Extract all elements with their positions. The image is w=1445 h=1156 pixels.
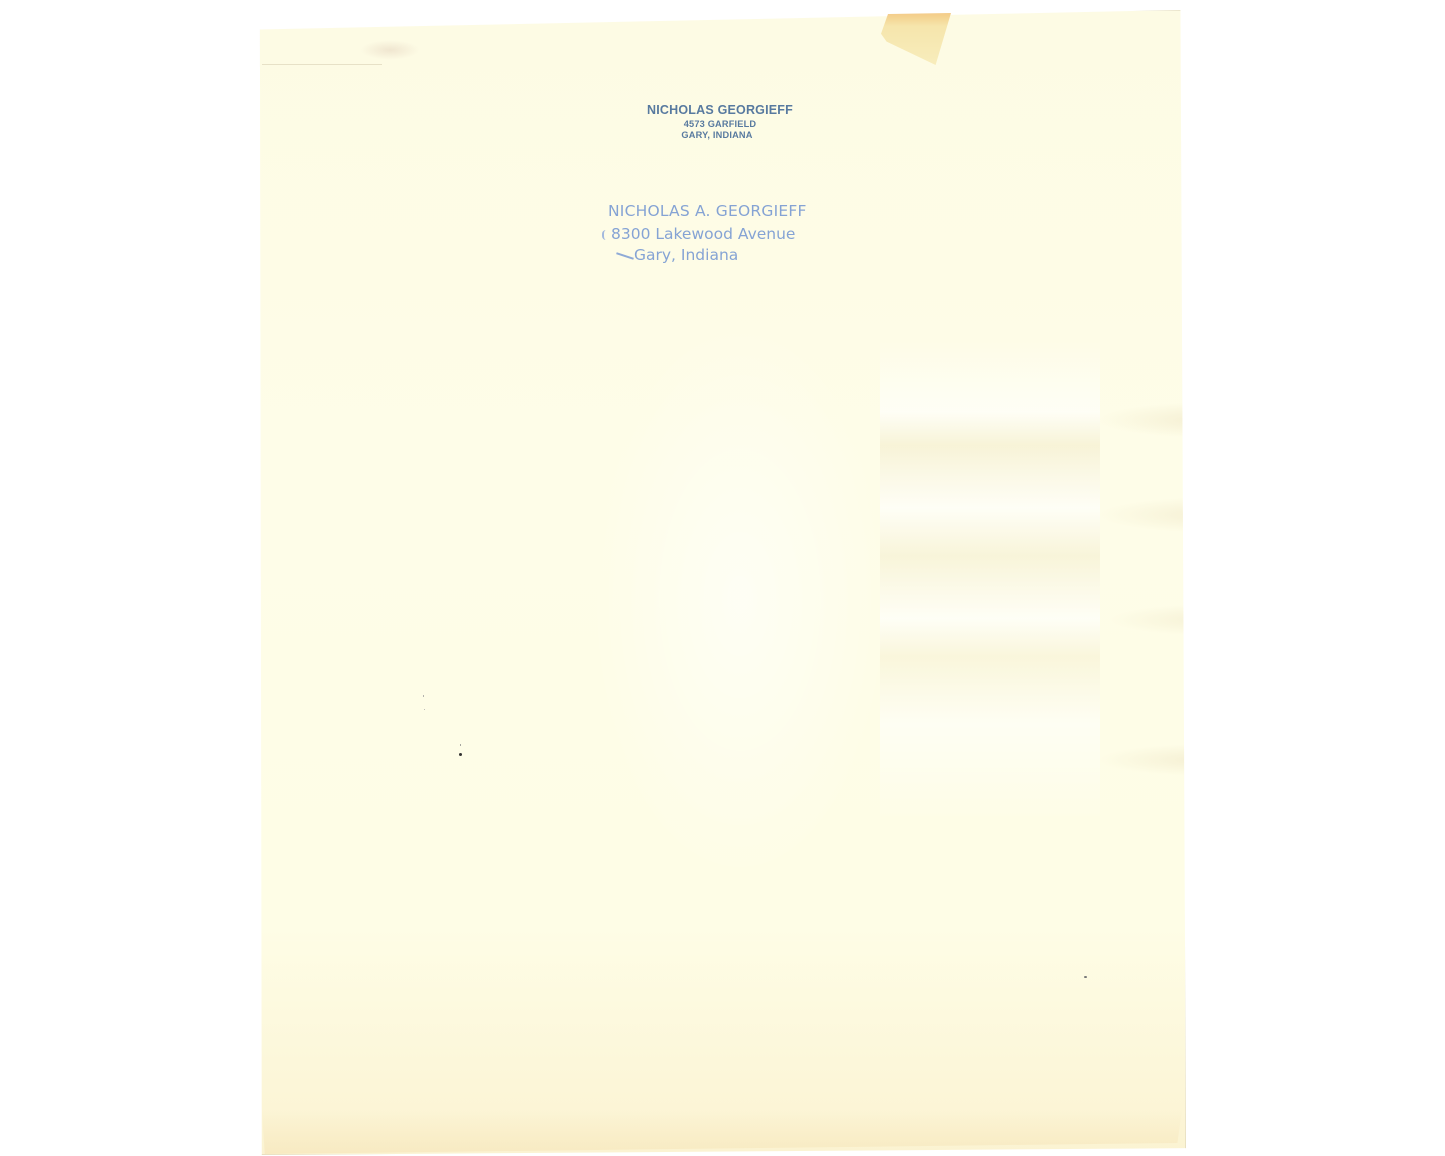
stamp-old-address: NICHOLAS GEORGIEFF 4573 GARFIELD GARY, I…	[600, 104, 840, 140]
stamp-street: 8300 Lakewood Avenue	[611, 225, 795, 243]
stamp-street: 4573 GARFIELD	[600, 120, 840, 129]
dust-speck	[459, 753, 462, 756]
stamp-name: NICHOLAS GEORGIEFF	[600, 104, 840, 117]
stamp-new-address: NICHOLAS A. GEORGIEFF 8300 Lakewood Aven…	[596, 204, 856, 264]
stamp-city: GARY, INDIANA	[594, 131, 840, 140]
paper-crease	[262, 64, 382, 65]
ink-dash-icon	[616, 252, 634, 259]
stain-mark	[360, 40, 420, 60]
stamp-street-line: 8300 Lakewood Avenue	[602, 227, 856, 243]
dust-speck	[423, 695, 424, 697]
dust-speck	[424, 709, 425, 710]
dust-speck	[460, 744, 461, 746]
dust-speck	[1084, 976, 1087, 978]
stamp-city-line: Gary, Indiana	[634, 248, 856, 264]
stamp-city: Gary, Indiana	[634, 246, 738, 264]
stamp-name: NICHOLAS A. GEORGIEFF	[608, 204, 856, 220]
ink-smudge-icon	[602, 230, 608, 240]
photo-back-paper	[259, 10, 1186, 1155]
document-scan: NICHOLAS GEORGIEFF 4573 GARFIELD GARY, I…	[0, 0, 1445, 1156]
